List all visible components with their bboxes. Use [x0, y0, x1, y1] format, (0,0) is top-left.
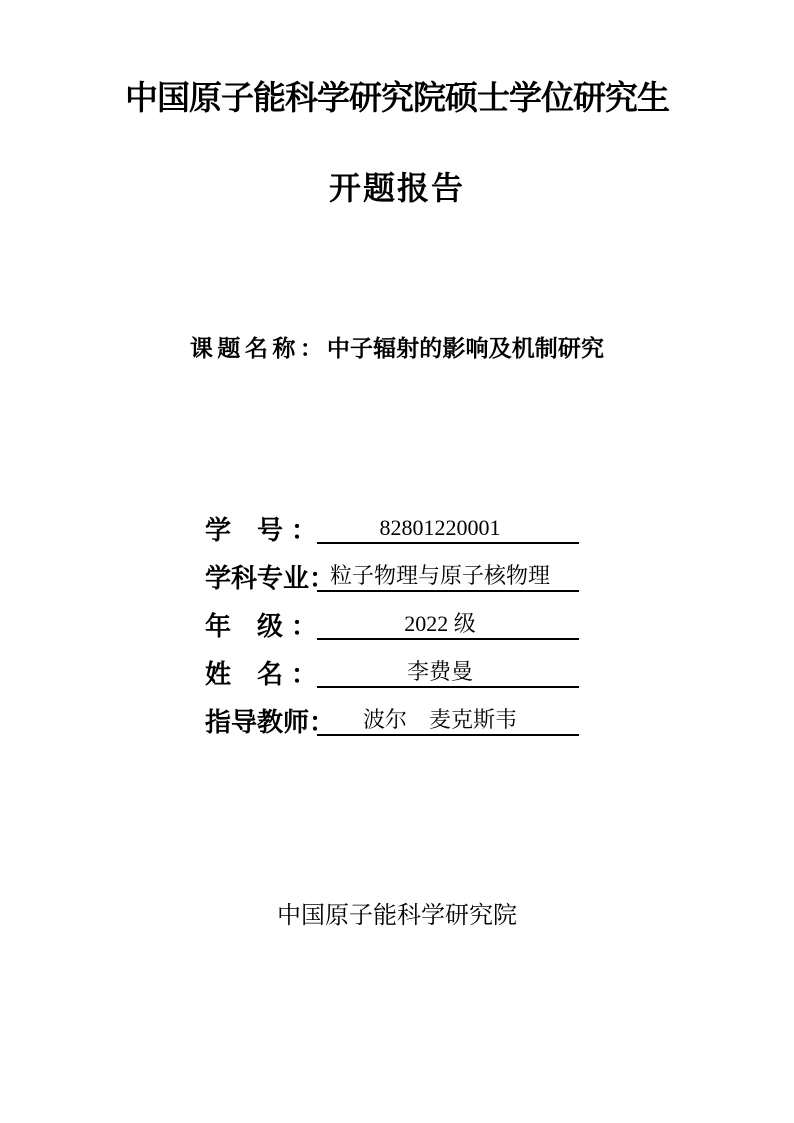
field-underline-name: 李费曼: [317, 652, 579, 688]
field-underline-grade: 2022 级: [317, 604, 579, 640]
field-label-text: 姓 名: [205, 661, 283, 688]
field-value-student-id: 82801220001: [380, 515, 501, 541]
field-label-colon: ：: [291, 661, 317, 688]
field-row-grade: 年 级 ： 2022 级: [205, 604, 579, 640]
field-label-text: 年 级: [205, 613, 283, 640]
field-value-grade: 2022 级: [404, 611, 476, 637]
field-row-advisor: 指导教师 ： 波尔 麦克斯韦: [205, 700, 579, 736]
field-label-text: 指导教师: [205, 709, 309, 736]
field-label-grade: 年 级 ：: [205, 613, 317, 640]
cover-form: 学 号 ： 82801220001 学科专业 ： 粒子物理与原子核物理 年 级 …: [205, 508, 579, 748]
topic-colon: ：: [300, 334, 323, 363]
report-title: 开题报告: [0, 170, 794, 207]
field-underline-advisor: 波尔 麦克斯韦: [317, 700, 579, 736]
field-label-student-id: 学 号 ：: [205, 517, 317, 544]
field-row-student-id: 学 号 ： 82801220001: [205, 508, 579, 544]
field-label-text: 学科专业: [205, 565, 309, 592]
field-label-major: 学科专业 ：: [205, 565, 317, 592]
footer-institution: 中国原子能科学研究院: [0, 902, 794, 931]
field-label-colon: ：: [291, 517, 317, 544]
field-underline-major: 粒子物理与原子核物理: [317, 556, 579, 592]
field-value-advisor: 波尔 麦克斯韦: [363, 707, 517, 733]
field-value-name: 李费曼: [407, 659, 473, 685]
institution-title: 中国原子能科学研究院硕士学位研究生: [0, 81, 794, 117]
topic-value: 中子辐射的影响及机制研究: [327, 334, 604, 363]
topic-line: 课题名称 ： 中子辐射的影响及机制研究: [0, 334, 794, 363]
field-underline-student-id: 82801220001: [317, 508, 579, 544]
topic-label: 课题名称: [190, 334, 300, 363]
field-row-major: 学科专业 ： 粒子物理与原子核物理: [205, 556, 579, 592]
field-label-advisor: 指导教师 ：: [205, 709, 317, 736]
field-label-colon: ：: [291, 613, 317, 640]
field-row-name: 姓 名 ： 李费曼: [205, 652, 579, 688]
field-label-text: 学 号: [205, 517, 283, 544]
document-page: 中国原子能科学研究院硕士学位研究生 开题报告 课题名称 ： 中子辐射的影响及机制…: [0, 0, 794, 1123]
field-value-major: 粒子物理与原子核物理: [330, 563, 550, 589]
field-label-name: 姓 名 ：: [205, 661, 317, 688]
